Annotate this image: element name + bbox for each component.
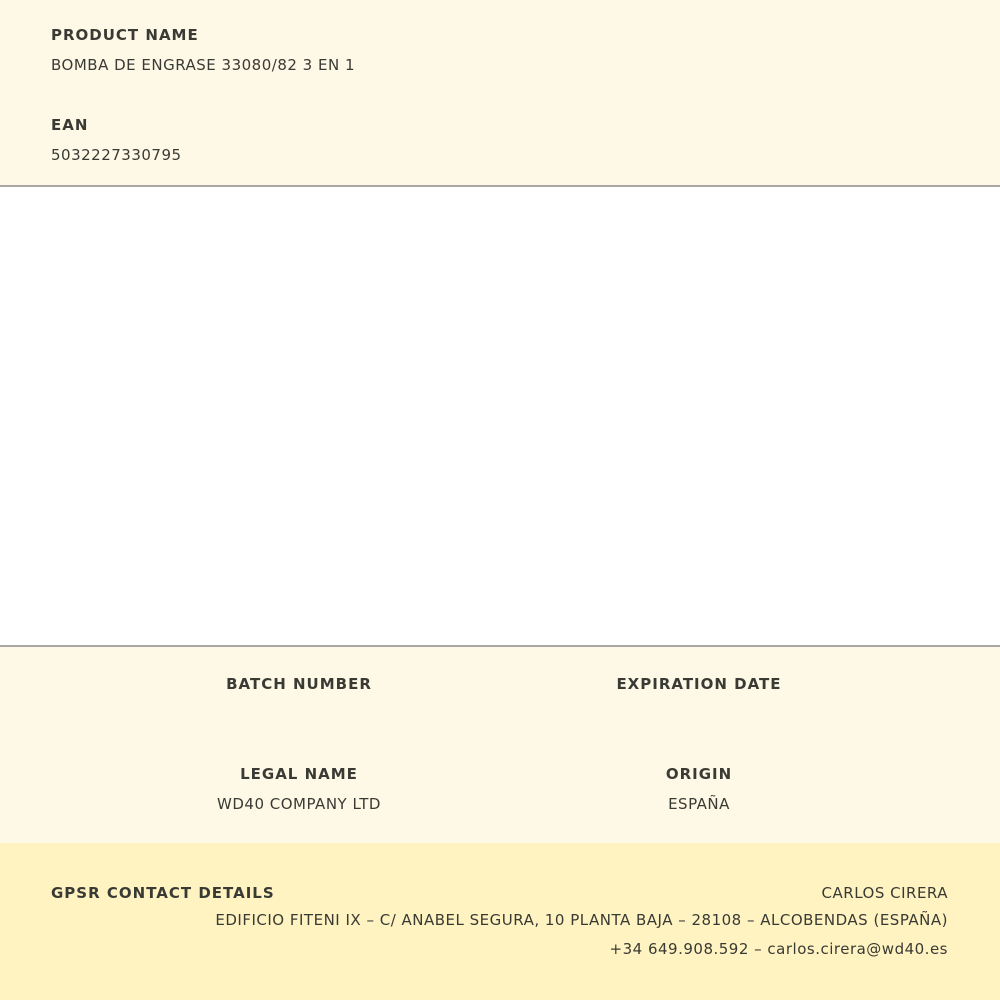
gpsr-contact-section: GPSR CONTACT DETAILS CARLOS CIRERA EDIFI… xyxy=(0,843,1000,1000)
ean-label: EAN xyxy=(51,116,88,134)
origin-value: ESPAÑA xyxy=(549,795,849,813)
contact-name: CARLOS CIRERA xyxy=(822,884,948,902)
expiration-date-label: EXPIRATION DATE xyxy=(549,675,849,693)
product-name-value: BOMBA DE ENGRASE 33080/82 3 EN 1 xyxy=(51,56,355,74)
origin-label: ORIGIN xyxy=(549,765,849,783)
batch-number-label: BATCH NUMBER xyxy=(149,675,449,693)
product-name-label: PRODUCT NAME xyxy=(51,26,199,44)
gpsr-title: GPSR CONTACT DETAILS xyxy=(51,884,275,902)
contact-address: EDIFICIO FITENI IX – C/ ANABEL SEGURA, 1… xyxy=(215,911,948,929)
legal-name-value: WD40 COMPANY LTD xyxy=(149,795,449,813)
blank-content-area xyxy=(0,187,1000,645)
product-details-section: BATCH NUMBER EXPIRATION DATE LEGAL NAME … xyxy=(0,645,1000,845)
product-info-section: PRODUCT NAME BOMBA DE ENGRASE 33080/82 3… xyxy=(0,0,1000,187)
legal-name-label: LEGAL NAME xyxy=(149,765,449,783)
ean-value: 5032227330795 xyxy=(51,146,182,164)
contact-phone-email: +34 649.908.592 – carlos.cirera@wd40.es xyxy=(610,940,948,958)
